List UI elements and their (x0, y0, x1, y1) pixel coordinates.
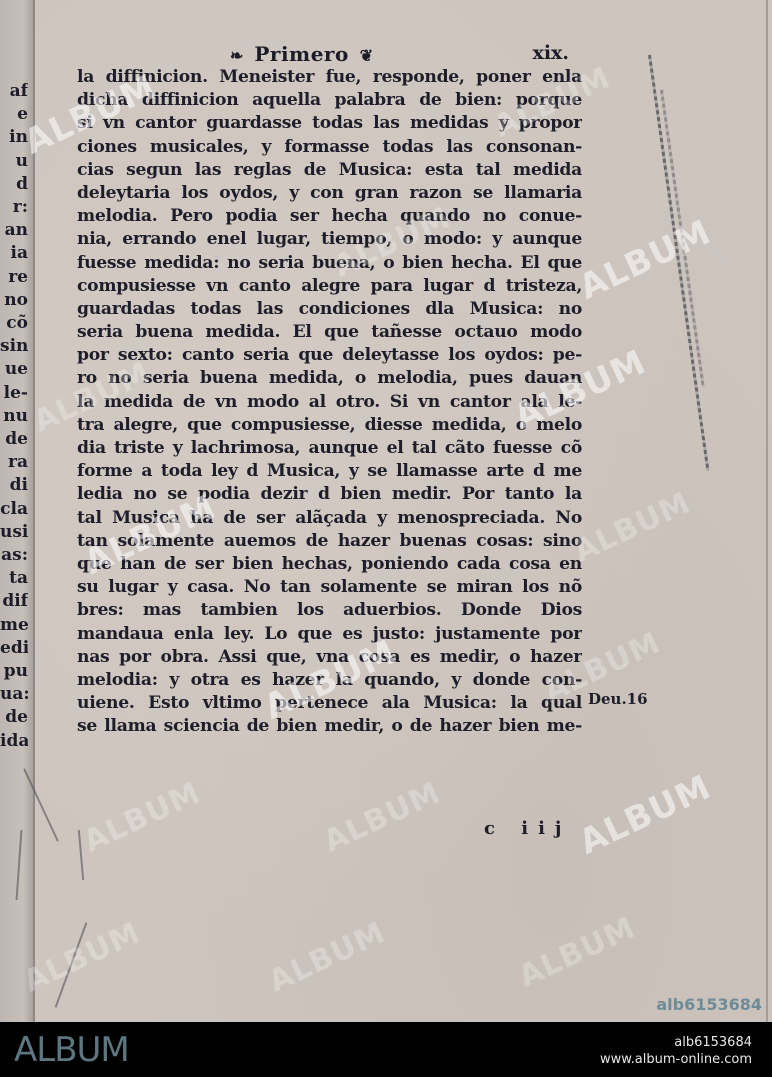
text-line: la medida de vn modo al otro. Si vn cant… (77, 391, 582, 414)
marginal-reference: Deu.16 (588, 690, 648, 708)
running-title: Primero (254, 42, 348, 66)
text-line: dia triste y lachrimosa, aunque el tal c… (77, 437, 582, 460)
text-line: dicha diffinicion aquella palabra de bie… (77, 89, 582, 112)
fragment: u (0, 150, 28, 173)
text-line: nia, errando enel lugar, tiempo, o modo:… (77, 228, 582, 251)
fragment: re (0, 266, 28, 289)
footer-info: alb6153684 www.album-online.com (600, 1034, 752, 1068)
text-line: tal Musica ha de ser alãçada y menosprec… (77, 507, 582, 530)
book-scan: af e in u d r: an ia re no cõ sin ue le-… (0, 0, 772, 1022)
fragment: edi (0, 637, 28, 660)
text-line: melodia. Pero podia ser hecha quando no … (77, 205, 582, 228)
fleuron-right-icon: ❦ (360, 46, 373, 65)
fragment: ue (0, 358, 28, 381)
text-line: tan solamente auemos de hazer buenas cos… (77, 530, 582, 553)
fragment: dif (0, 590, 28, 613)
text-line: compusiesse vn canto alegre para lugar d… (77, 275, 582, 298)
footer-bar: ALBUM alb6153684 www.album-online.com (0, 1022, 772, 1077)
fragment: usi (0, 521, 28, 544)
text-line: guardadas todas las condiciones dla Musi… (77, 298, 582, 321)
text-line: deleytaria los oydos, y con gran razon s… (77, 182, 582, 205)
text-line: si vn cantor guardasse todas las medidas… (77, 112, 582, 135)
fragment: ta (0, 567, 28, 590)
album-logo: ALBUM (14, 1030, 129, 1070)
fragment: r: (0, 196, 28, 219)
text-line: se llama sciencia de bien medir, o de ha… (77, 715, 582, 738)
fragment: af (0, 80, 28, 103)
text-line: ledia no se podia dezir d bien medir. Po… (77, 483, 582, 506)
image-id: alb6153684 (600, 1034, 752, 1051)
fragment: sin (0, 335, 28, 358)
text-line: uiene. Esto vltimo pertenece ala Musica:… (77, 692, 582, 715)
fragment: in (0, 126, 28, 149)
text-line: cias segun las reglas de Musica: esta ta… (77, 159, 582, 182)
text-line: fuesse medida: no seria buena, o bien he… (77, 252, 582, 275)
fragment: nu (0, 405, 28, 428)
facing-page-fragments: af e in u d r: an ia re no cõ sin ue le-… (0, 80, 32, 753)
fragment: pu (0, 660, 28, 683)
fragment: d (0, 173, 28, 196)
text-line: bres: mas tambien los aduerbios. Donde D… (77, 599, 582, 622)
text-line: mandaua enla ley. Lo que es justo: justa… (77, 623, 582, 646)
fragment: me (0, 614, 28, 637)
text-line: melodia: y otra es hazer la quando, y do… (77, 669, 582, 692)
fragment: le- (0, 382, 28, 405)
text-line: por sexto: canto seria que deleytasse lo… (77, 344, 582, 367)
fragment: no (0, 289, 28, 312)
fleuron-left-icon: ❧ (230, 46, 243, 65)
signature-mark: c iij (484, 818, 571, 839)
body-text: la diffinicion. Meneister fue, responde,… (77, 66, 582, 738)
text-line: que han de ser bien hechas, poniendo cad… (77, 553, 582, 576)
fragment: cla (0, 498, 28, 521)
website-url[interactable]: www.album-online.com (600, 1051, 752, 1068)
fragment: ida (0, 730, 28, 753)
text-line: seria buena medida. El que tañesse octau… (77, 321, 582, 344)
text-line: ciones musicales, y formasse todas las c… (77, 136, 582, 159)
fragment: de (0, 706, 28, 729)
text-line: la diffinicion. Meneister fue, responde,… (77, 66, 582, 89)
page-edge (766, 0, 768, 1022)
text-line: tra alegre, que compusiesse, diesse medi… (77, 414, 582, 437)
fragment: de (0, 428, 28, 451)
text-line: ro no seria buena medida, o melodia, pue… (77, 367, 582, 390)
fragment: di (0, 474, 28, 497)
fragment: ua: (0, 683, 28, 706)
text-line: forme a toda ley d Musica, y se llamasse… (77, 460, 582, 483)
image-id-watermark: alb6153684 (656, 995, 762, 1014)
text-line: nas por obra. Assi que, vna cosa es medi… (77, 646, 582, 669)
folio-number: xix. (533, 42, 570, 64)
text-line: su lugar y casa. No tan solamente se mir… (77, 576, 582, 599)
fragment: e (0, 103, 28, 126)
fragment: an (0, 219, 28, 242)
fragment: ra (0, 451, 28, 474)
running-header: ❧ Primero ❦ xix. (230, 42, 575, 68)
fragment: ia (0, 242, 28, 265)
fragment: as: (0, 544, 28, 567)
fragment: cõ (0, 312, 28, 335)
